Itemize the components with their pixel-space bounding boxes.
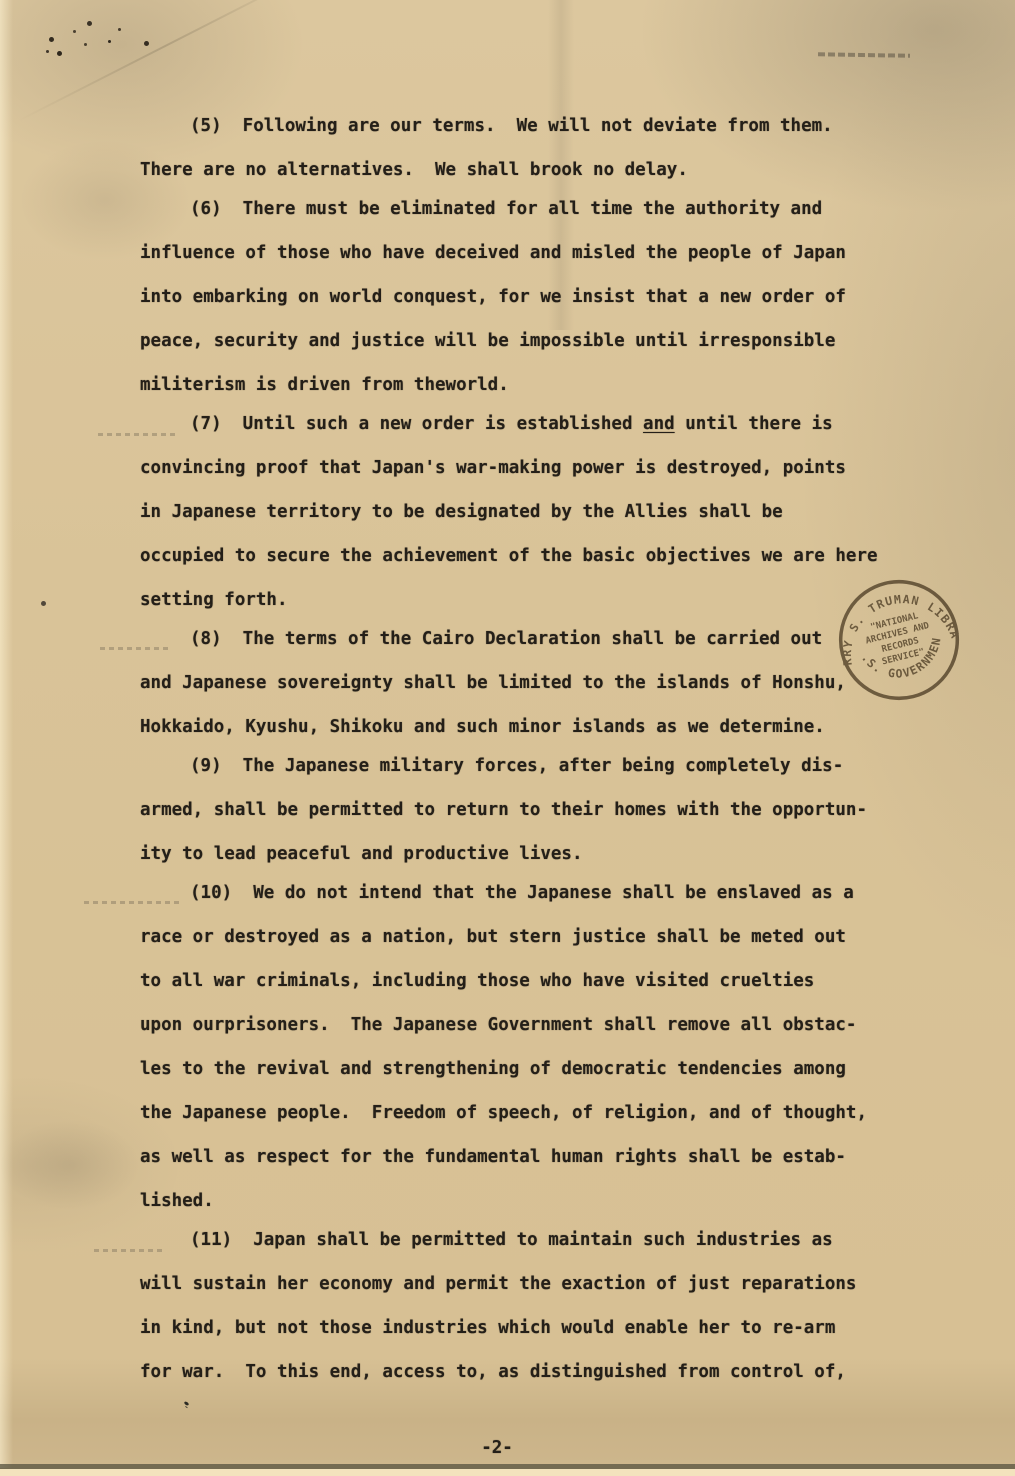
document-line: to all war criminals, including those wh…: [140, 959, 920, 1003]
page-edge: [0, 0, 13, 1468]
ink-speck: [184, 1401, 190, 1406]
pencil-scribble: [818, 52, 910, 58]
document-line: lished.: [140, 1179, 920, 1223]
document-line: armed, shall be permitted to return to t…: [140, 788, 920, 832]
document-line: (5) Following are our terms. We will not…: [140, 104, 920, 148]
typewritten-text: (5) Following are our terms. We will not…: [140, 104, 920, 1394]
document-line: will sustain her economy and permit the …: [140, 1262, 920, 1306]
scan-edge-strip: [0, 1469, 1015, 1476]
document-line: as well as respect for the fundamental h…: [140, 1135, 920, 1179]
document-line: in kind, but not those industries which …: [140, 1306, 920, 1350]
document-line: There are no alternatives. We shall broo…: [140, 148, 920, 192]
document-page: (5) Following are our terms. We will not…: [0, 0, 1015, 1476]
document-line: occupied to secure the achievement of th…: [140, 534, 920, 578]
ink-speckles: [108, 40, 111, 43]
document-line: and Japanese sovereignty shall be limite…: [140, 661, 920, 705]
document-line: in Japanese territory to be designated b…: [140, 490, 920, 534]
document-line: (10) We do not intend that the Japanese …: [140, 871, 920, 915]
document-line: (6) There must be eliminated for all tim…: [140, 187, 920, 231]
document-line: (7) Until such a new order is establishe…: [140, 402, 920, 446]
ink-dot: [41, 601, 46, 606]
document-line: for war. To this end, access to, as dist…: [140, 1350, 920, 1394]
document-line: ity to lead peaceful and productive live…: [140, 832, 920, 876]
document-line: the Japanese people. Freedom of speech, …: [140, 1091, 920, 1135]
document-line: (11) Japan shall be permitted to maintai…: [140, 1218, 920, 1262]
document-line: les to the revival and strengthening of …: [140, 1047, 920, 1091]
document-line: convincing proof that Japan's war-making…: [140, 446, 920, 490]
document-line: race or destroyed as a nation, but stern…: [140, 915, 920, 959]
document-line: influence of those who have deceived and…: [140, 231, 920, 275]
document-line: Hokkaido, Kyushu, Shikoku and such minor…: [140, 705, 920, 749]
underlined-word: and: [643, 414, 675, 434]
paper-stain: [0, 1120, 140, 1210]
document-line: setting forth.: [140, 578, 920, 622]
document-line: (9) The Japanese military forces, after …: [140, 744, 920, 788]
document-line: (8) The terms of the Cairo Declaration s…: [140, 617, 920, 661]
document-line: militerism is driven from theworld.: [140, 363, 920, 407]
document-line: upon ourprisoners. The Japanese Governme…: [140, 1003, 920, 1047]
document-line: into embarking on world conquest, for we…: [140, 275, 920, 319]
document-line: peace, security and justice will be impo…: [140, 319, 920, 363]
page-number: -2-: [437, 1433, 557, 1463]
